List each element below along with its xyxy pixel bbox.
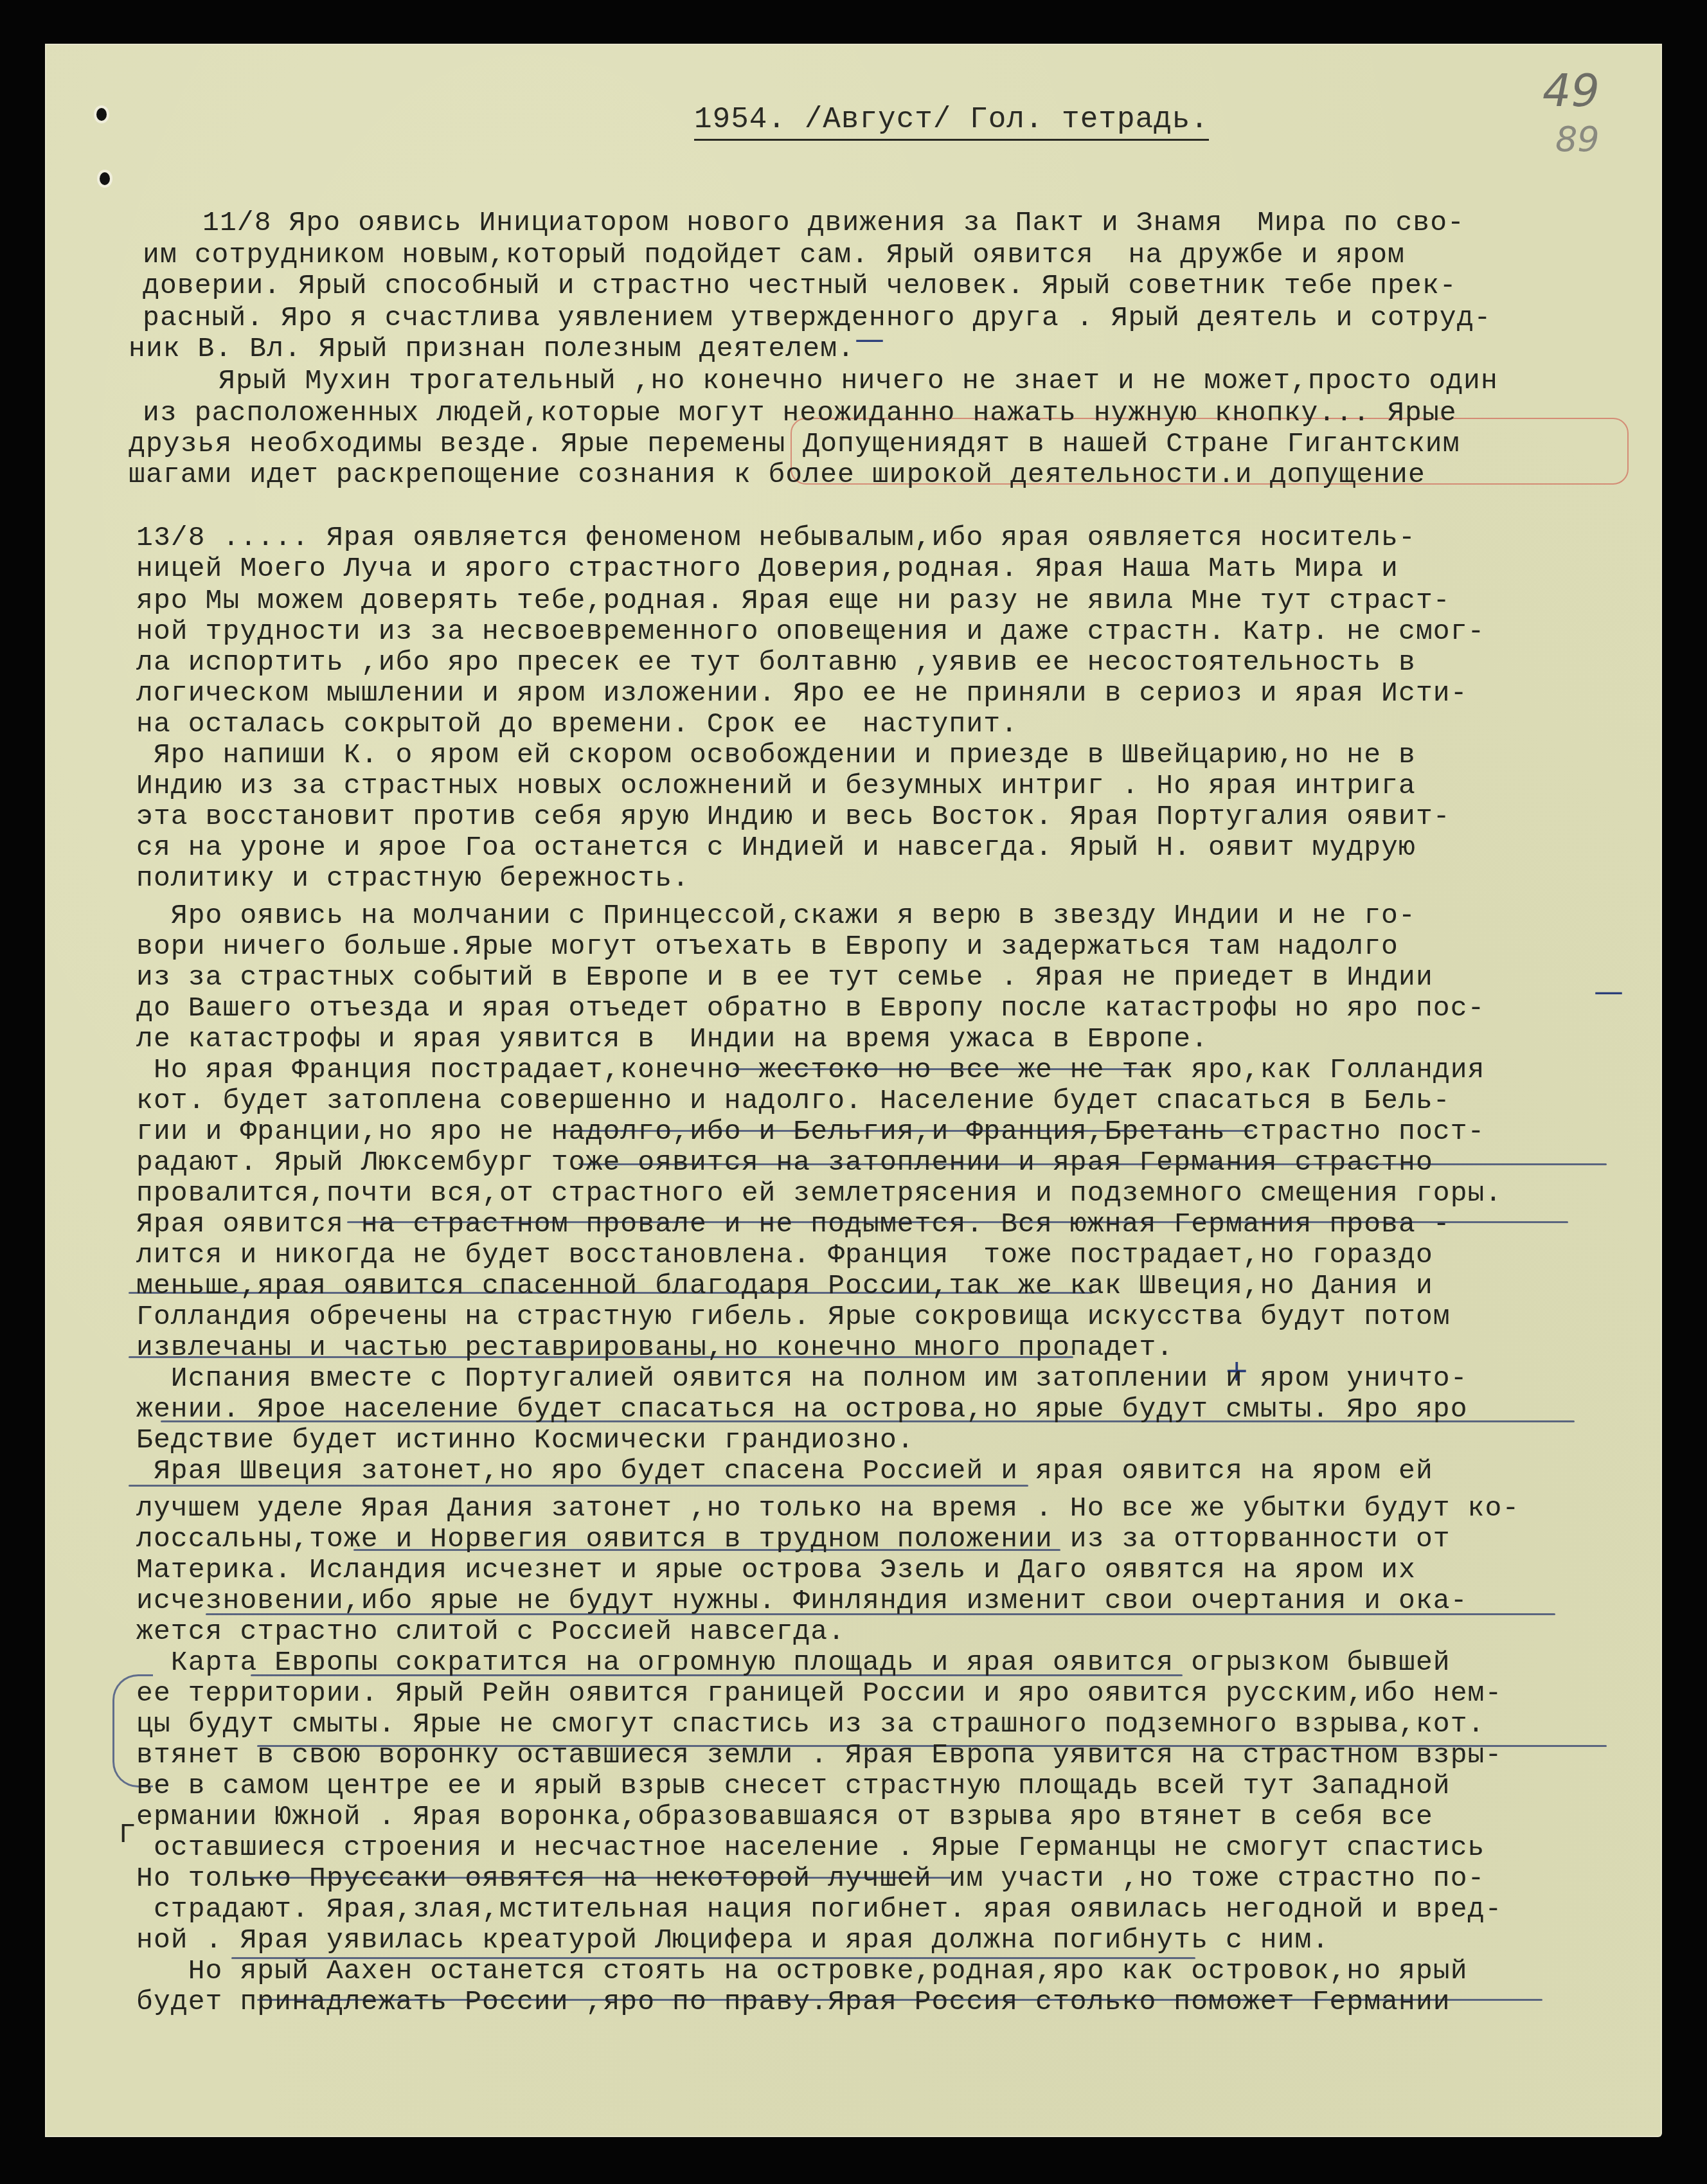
text-line: гии и Франции,но яро не надолго,ибо и Бе… xyxy=(136,1116,1485,1148)
text-line: им сотрудником новым,который подойдет са… xyxy=(143,239,1405,271)
text-line: доверии. Ярый способный и страстно честн… xyxy=(143,270,1457,302)
punch-hole xyxy=(100,172,110,185)
text-line: до Вашего отъезда и ярая отъедет обратно… xyxy=(136,992,1485,1025)
text-line: Индию из за страстных новых осложнений и… xyxy=(136,770,1416,802)
page-title: 1954. /Август/ Гол. тетрадь. xyxy=(694,103,1209,141)
text-line: из за страстных событий в Европе и в ее … xyxy=(136,962,1433,994)
text-line: из расположенных людей,которые могут нео… xyxy=(143,397,1457,429)
text-line: Яро оявись на молчании с Принцессой,скаж… xyxy=(136,900,1416,932)
margin-letter: Г xyxy=(119,1819,136,1850)
text-line: ее территории. Ярый Рейн оявится границе… xyxy=(136,1678,1502,1710)
text-line: ве в самом центре ее и ярый взрыв снесет… xyxy=(136,1770,1451,1802)
text-line: лоссальны,тоже и Норвегия оявится в труд… xyxy=(136,1523,1451,1555)
text-line: ной трудности из за несвоевременного опо… xyxy=(136,616,1485,648)
text-line: друзья необходимы везде. Ярые перемены Д… xyxy=(129,428,1460,460)
text-line: Испания вместе с Португалией оявится на … xyxy=(136,1363,1468,1395)
text-line: Но только Пруссаки оявятся на некоторой … xyxy=(136,1863,1485,1895)
text-line: Бедствие будет истинно Космически гранди… xyxy=(136,1424,915,1456)
text-line: яро Мы можем доверять тебе,родная. Ярая … xyxy=(136,585,1451,617)
text-line: страдают. Ярая,злая,мстительная нация по… xyxy=(136,1893,1502,1926)
text-line: на осталась сокрытой до времени. Срок ее… xyxy=(136,708,1018,740)
text-line: лучшем уделе Ярая Дания затонет ,но толь… xyxy=(136,1492,1519,1525)
text-line: Яро напиши К. о яром ей скором освобожде… xyxy=(136,739,1416,771)
text-line: исчезновении,ибо ярые не будут нужны. Фи… xyxy=(136,1585,1468,1617)
text-line: меньше,ярая оявится спасенной благодаря … xyxy=(136,1270,1433,1302)
text-line: провалится,почти вся,от страстного ей зе… xyxy=(136,1177,1502,1210)
text-line: будет принадлежать России ,яро по праву.… xyxy=(136,1986,1451,2018)
dash-mark: — xyxy=(1594,974,1623,1008)
text-line: расный. Яро я счастлива уявлением утверж… xyxy=(143,302,1492,334)
text-line: ной . Ярая уявилась креатурой Люцифера и… xyxy=(136,1924,1329,1956)
text-line: Но ярый Аахен останется стоять на остров… xyxy=(136,1955,1468,1987)
text-line: шагами идет раскрепощение сознания к бол… xyxy=(129,459,1425,491)
text-line: Карта Европы сократится на огромную площ… xyxy=(136,1647,1451,1679)
text-line: Ярая Швеция затонет,но яро будет спасена… xyxy=(136,1455,1433,1487)
text-line: радают. Ярый Люксембург тоже оявится на … xyxy=(136,1147,1433,1179)
text-line: ермании Южной . Ярая воронка,образовавша… xyxy=(136,1801,1433,1833)
text-line: Ярый Мухин трогательный ,но конечно ниче… xyxy=(219,365,1498,397)
text-line: политику и страстную бережность. xyxy=(136,863,690,895)
text-line: втянет в свою воронку оставшиеся земли .… xyxy=(136,1739,1502,1771)
text-line: ла испортить ,ибо яро пресек ее тут болт… xyxy=(136,647,1416,679)
text-line: ник В. Вл. Ярый признан полезным деятеле… xyxy=(129,333,855,365)
text-line: вори ничего больше.Ярые могут отъехать в… xyxy=(136,931,1399,963)
punch-hole xyxy=(96,108,107,121)
text-line: 11/8 Яро оявись Инициатором нового движе… xyxy=(202,207,1465,239)
text-line: Материка. Исландия исчезнет и ярые остро… xyxy=(136,1554,1416,1586)
text-line: эта восстановит против себя ярую Индию и… xyxy=(136,801,1451,833)
text-line: ся на уроне и ярое Гоа останется с Индие… xyxy=(136,832,1416,864)
text-line: Голландия обречены на страстную гибель. … xyxy=(136,1301,1451,1333)
text-line: извлечаны и частью реставрированы,но кон… xyxy=(136,1332,1174,1364)
text-line: логическом мышлении и яром изложении. Яр… xyxy=(136,677,1468,710)
archive-page-number-secondary: 89 xyxy=(1555,119,1600,159)
text-line: ле катастрофы и ярая уявится в Индии на … xyxy=(136,1023,1208,1055)
text-line: Ярая оявится на страстном провале и не п… xyxy=(136,1208,1451,1240)
text-line: Но ярая Франция пострадает,конечно жесто… xyxy=(136,1054,1485,1086)
text-line: оставшиеся строения и несчастное населен… xyxy=(136,1832,1485,1864)
text-line: ницей Моего Луча и ярого страстного Дове… xyxy=(136,553,1399,585)
text-line: 13/8 ..... Ярая оявляется феноменом небы… xyxy=(136,522,1416,554)
text-line: жении. Ярое население будет спасаться на… xyxy=(136,1393,1468,1426)
archive-page-number: 49 xyxy=(1542,64,1600,117)
text-line: кот. будет затоплена совершенно и надолг… xyxy=(136,1085,1451,1117)
text-line: цы будут смыты. Ярые не смогут спастись … xyxy=(136,1708,1485,1741)
text-line: жется страстно слитой с Россией навсегда… xyxy=(136,1616,845,1648)
text-line: лится и никогда не будет восстановлена. … xyxy=(136,1239,1433,1271)
